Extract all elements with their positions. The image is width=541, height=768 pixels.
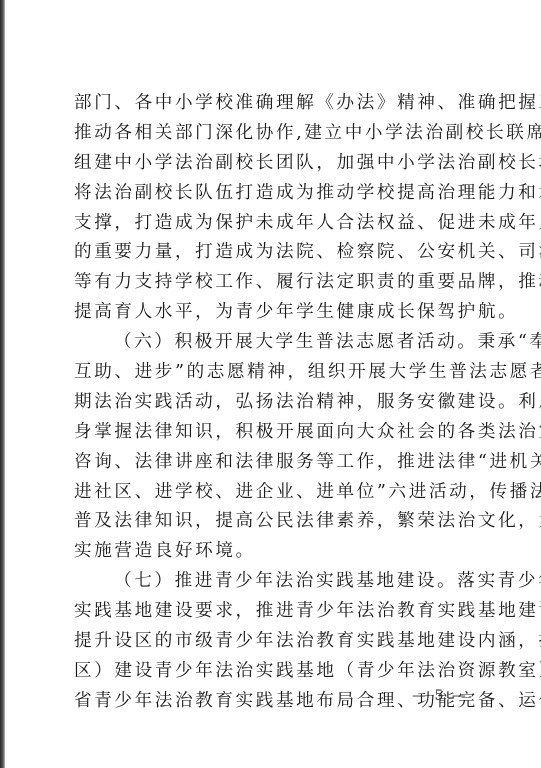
text-line: 进社区、进学校、进企业、进单位”六进活动，传播法治理念， <box>74 478 484 508</box>
text-line: 的重要力量，打造成为法院、检察院、公安机关、司法行政部门 <box>74 238 484 268</box>
page-number: — 5 — <box>412 688 468 704</box>
text-line: 组建中小学法治副校长团队，加强中小学法治副校长培训，努力 <box>74 149 484 179</box>
section-heading-6: （六）积极开展大学生普法志愿者活动。秉承“奉献、友爱、 <box>74 328 484 358</box>
text-line: 将法治副校长队伍打造成为推动学校提高治理能力和水平的重要 <box>74 179 484 209</box>
text-line: 区）建设青少年法治实践基地（青少年法治资源教室），促进全 <box>74 657 484 687</box>
text-line: 提高育人水平，为青少年学生健康成长保驾护航。 <box>74 298 484 328</box>
text-line: 实践基地建设要求，推进青少年法治教育实践基地建设和管理， <box>74 597 484 627</box>
document-body: 部门、各中小学校准确理解《办法》精神、准确把握工作要求。 推动各相关部门深化协作… <box>74 89 484 717</box>
text-line: 咨询、法律讲座和法律服务等工作，推进法律“进机关、进乡村、 <box>74 448 484 478</box>
scan-edge <box>0 0 5 768</box>
text-line: 实施营造良好环境。 <box>74 537 484 567</box>
text-line: 身掌握法律知识，积极开展面向大众社会的各类法治宣传、法律 <box>74 418 484 448</box>
text-line: 互助、进步”的志愿精神，组织开展大学生普法志愿者活动和暑 <box>74 358 484 388</box>
text-line: 部门、各中小学校准确理解《办法》精神、准确把握工作要求。 <box>74 89 484 119</box>
text-line: 期法治实践活动，弘扬法治精神，服务安徽建设。利用大学生自 <box>74 388 484 418</box>
section-heading-7: （七）推进青少年法治实践基地建设。落实青少年法治教育 <box>74 567 484 597</box>
text-line: 支撑，打造成为保护未成年人合法权益、促进未成年人健康成长 <box>74 209 484 239</box>
text-line: 等有力支持学校工作、履行法定职责的重要品牌，推动中小学校 <box>74 268 484 298</box>
text-line: 推动各相关部门深化协作,建立中小学法治副校长联席会议制度, <box>74 119 484 149</box>
text-line: 提升设区的市级青少年法治教育实践基地建设内涵，推进县（市、 <box>74 627 484 657</box>
text-line: 普及法律知识，提高公民法律素养，繁荣法治文化，为法律法规 <box>74 507 484 537</box>
